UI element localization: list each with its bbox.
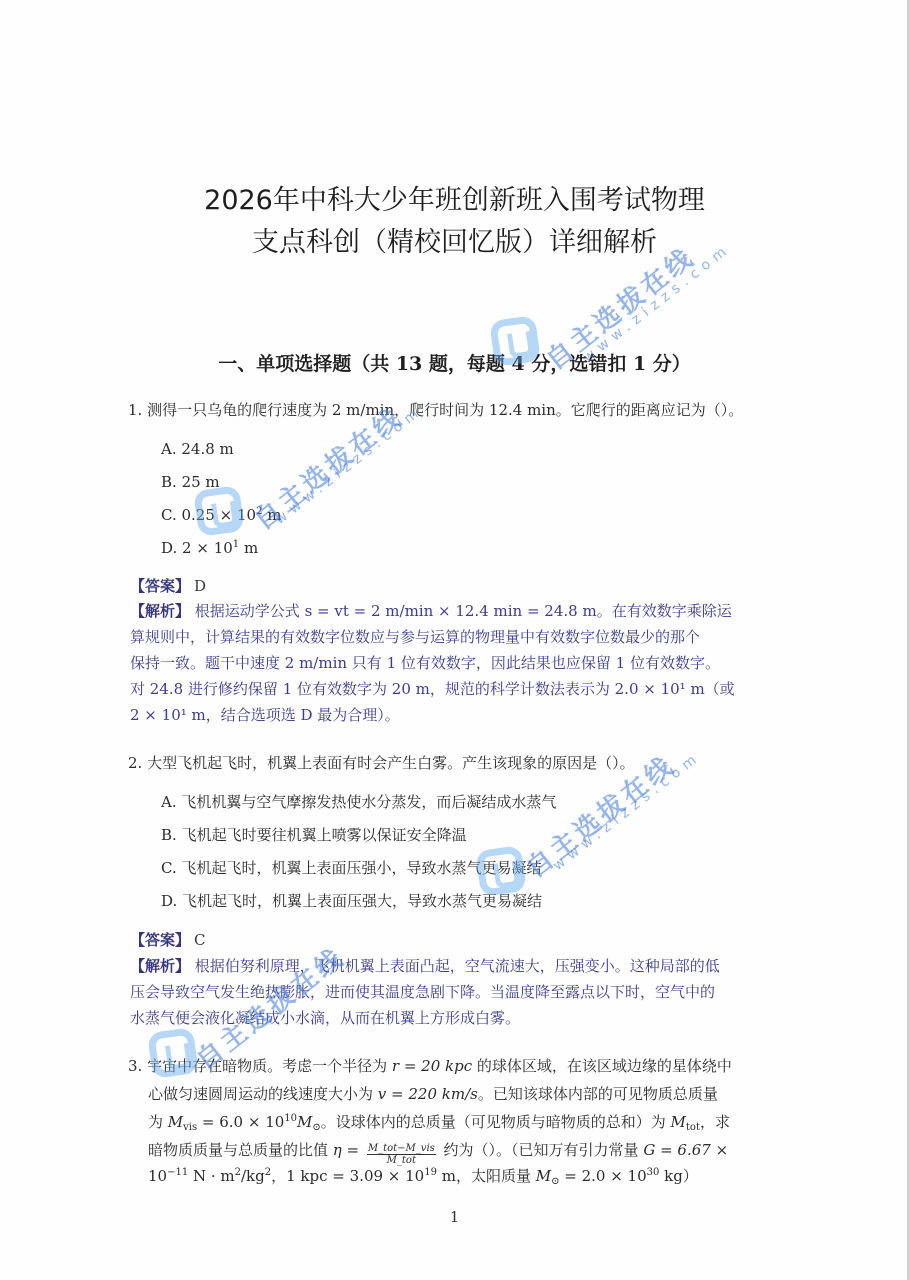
math-symbol: M	[297, 1113, 312, 1131]
explanation-tag: 【解析】	[130, 602, 190, 620]
question-1-stem: 1. 测得一只乌龟的爬行速度为 2 m/min，爬行时间为 12.4 min。它…	[128, 400, 743, 420]
math-symbol: M	[168, 1113, 183, 1131]
option-letter: D.	[161, 892, 177, 910]
question-1-explanation-line: 对 24.8 进行修约保留 1 位有效数字为 20 m，规范的科学计数法表示为 …	[130, 679, 735, 699]
question-number: 2.	[128, 754, 142, 772]
option-text: 24.8 m	[181, 440, 233, 458]
exponent: 19	[424, 1167, 437, 1178]
math-expression: η =	[333, 1141, 364, 1159]
question-2-answer: 【答案】C	[130, 930, 206, 950]
watermark-url: www.zizzs.com	[580, 241, 734, 366]
explanation-tag: 【解析】	[130, 957, 190, 975]
question-number: 3.	[128, 1057, 142, 1075]
option-letter: B.	[161, 826, 177, 844]
fraction-denominator: M_tot	[367, 1155, 436, 1166]
watermark-url: www.zizzs.com	[272, 403, 426, 528]
question-text: 为	[148, 1113, 168, 1131]
question-3-stem-line: 10−11 N · m2/kg2，1 kpc = 3.09 × 1019 m，太…	[148, 1166, 698, 1186]
option-unit: m	[262, 506, 281, 524]
fraction: M_tot−M_visM_tot	[367, 1143, 436, 1166]
option-text: 0.25 × 10	[182, 506, 257, 524]
explanation-text: 根据伯努利原理，飞机机翼上表面凸起，空气流速大，压强变小。这种局部的低	[195, 957, 720, 975]
question-text: 心做匀速圆周运动的线速度大小为	[148, 1085, 378, 1103]
question-1-explanation-line: 2 × 10¹ m，结合选项选 D 最为合理）。	[130, 705, 400, 725]
answer-value: D	[194, 577, 206, 595]
option-letter: B.	[161, 473, 177, 491]
option-text: 飞机起飞时，机翼上表面压强大，导致水蒸气更易凝结	[182, 892, 542, 910]
subscript: vis	[183, 1122, 197, 1133]
question-2-stem: 2. 大型飞机起飞时，机翼上表面有时会产生白雾。产生该现象的原因是（）。	[128, 753, 635, 773]
question-text: 宇宙中存在暗物质。考虑一个半径为	[147, 1057, 392, 1075]
option-text: 飞机起飞时要往机翼上喷雾以保证安全降温	[182, 826, 467, 844]
exponent: 30	[647, 1167, 660, 1178]
question-text: 测得一只乌龟的爬行速度为 2 m/min，爬行时间为 12.4 min。它爬行的…	[147, 401, 743, 419]
question-1-explanation-line: 保持一致。题干中速度 2 m/min 只有 1 位有效数字，因此结果也应保留 1…	[130, 653, 720, 673]
question-1-explanation-line: 【解析】 根据运动学公式 s = vt = 2 m/min × 12.4 min…	[130, 601, 732, 621]
question-text: 大型飞机起飞时，机翼上表面有时会产生白雾。产生该现象的原因是（）。	[147, 754, 635, 772]
question-text: 。已知该球体内部的可见物质总质量	[478, 1085, 718, 1103]
exponent: −11	[167, 1167, 188, 1178]
answer-tag: 【答案】	[130, 577, 190, 595]
math-expression: G = 6.67 ×	[643, 1141, 728, 1159]
question-3-stem-line: 3. 宇宙中存在暗物质。考虑一个半径为 r = 20 kpc 的球体区域，在该区…	[128, 1056, 732, 1076]
option-text: 飞机机翼与空气摩擦发热使水分蒸发，而后凝结成水蒸气	[181, 793, 556, 811]
option-letter: D.	[161, 539, 177, 557]
option-letter: C.	[161, 506, 177, 524]
option-letter: C.	[161, 859, 177, 877]
document-title-line1: 2026年中科大少年班创新班入围考试物理	[0, 178, 909, 217]
question-1-explanation-line: 算规则中，计算结果的有效数字位数应与参与运算的物理量中有效数字位数最少的那个	[130, 627, 700, 647]
subscript: tot	[686, 1122, 700, 1133]
document-title-line2: 支点科创（精校回忆版）详细解析	[0, 220, 909, 259]
math-symbol: M	[671, 1113, 686, 1131]
section-heading: 一、单项选择题（共 13 题，每题 4 分，选错扣 1 分）	[0, 349, 909, 376]
question-1-answer: 【答案】D	[130, 576, 206, 596]
question-3-stem-line: 暗物质质量与总质量的比值 η = M_tot−M_visM_tot 约为（）。（…	[148, 1140, 728, 1166]
question-text: 约为（）。（已知万有引力常量	[439, 1141, 644, 1159]
option-text: 2 × 10	[182, 539, 233, 557]
document-page: 2026年中科大少年班创新班入围考试物理 支点科创（精校回忆版）详细解析 一、单…	[0, 0, 909, 1280]
answer-value: C	[194, 931, 205, 949]
question-2-explanation-line: 水蒸气便会液化凝结成小水滴，从而在机翼上方形成白雾。	[130, 1008, 520, 1028]
math-expression: = 2.0 × 10	[559, 1167, 646, 1185]
math-expression: 10	[148, 1167, 167, 1185]
question-2-explanation-line: 压会导致空气发生绝热膨胀，进而使其温度急剧下降。当温度降至露点以下时，空气中的	[130, 982, 715, 1002]
math-expression: kg）	[659, 1167, 697, 1185]
question-1-option-a: A. 24.8 m	[161, 439, 234, 459]
question-1-option-d: D. 2 × 101 m	[161, 538, 258, 558]
question-text: 。设球体内的总质量（可见物质与暗物质的总和）为	[321, 1113, 671, 1131]
math-expression: N · m	[188, 1167, 234, 1185]
option-text: 飞机起飞时，机翼上表面压强小，导致水蒸气更易凝结	[182, 859, 542, 877]
answer-tag: 【答案】	[130, 931, 190, 949]
option-letter: A.	[161, 440, 177, 458]
question-2-explanation-line: 【解析】 根据伯努利原理，飞机机翼上表面凸起，空气流速大，压强变小。这种局部的低	[130, 956, 720, 976]
page-number: 1	[0, 1208, 909, 1226]
math-expression: = 6.0 × 10	[197, 1113, 284, 1131]
question-text: 暗物质质量与总质量的比值	[148, 1141, 333, 1159]
question-1-option-b: B. 25 m	[161, 472, 220, 492]
question-text: m，太阳质量	[437, 1167, 536, 1185]
option-letter: A.	[161, 793, 177, 811]
question-text: 的球体区域，在该区域边缘的星体绕中	[472, 1057, 732, 1075]
option-unit: m	[239, 539, 258, 557]
question-2-option-a: A. 飞机机翼与空气摩擦发热使水分蒸发，而后凝结成水蒸气	[161, 792, 556, 812]
question-3-stem-line: 为 Mvis = 6.0 × 1010M⊙。设球体内的总质量（可见物质与暗物质的…	[148, 1112, 730, 1132]
question-3-stem-line: 心做匀速圆周运动的线速度大小为 v = 220 km/s。已知该球体内部的可见物…	[148, 1084, 718, 1104]
math-expression: v = 220 km/s	[378, 1085, 478, 1103]
question-1-option-c: C. 0.25 × 102 m	[161, 505, 281, 525]
math-expression: /kg	[241, 1167, 265, 1185]
explanation-text: 根据运动学公式 s = vt = 2 m/min × 12.4 min = 24…	[195, 602, 732, 620]
exponent: 10	[284, 1113, 297, 1124]
question-2-option-d: D. 飞机起飞时，机翼上表面压强大，导致水蒸气更易凝结	[161, 891, 542, 911]
math-expression: ，1 kpc = 3.09 × 10	[271, 1167, 424, 1185]
question-text: ，求	[700, 1113, 730, 1131]
math-expression: r = 20 kpc	[392, 1057, 472, 1075]
math-symbol: M	[536, 1167, 551, 1185]
question-2-option-c: C. 飞机起飞时，机翼上表面压强小，导致水蒸气更易凝结	[161, 858, 542, 878]
question-number: 1.	[128, 401, 142, 419]
option-text: 25 m	[182, 473, 220, 491]
subscript: ⊙	[312, 1122, 320, 1133]
question-2-option-b: B. 飞机起飞时要往机翼上喷雾以保证安全降温	[161, 825, 467, 845]
fraction-numerator: M_tot−M_vis	[367, 1143, 436, 1155]
